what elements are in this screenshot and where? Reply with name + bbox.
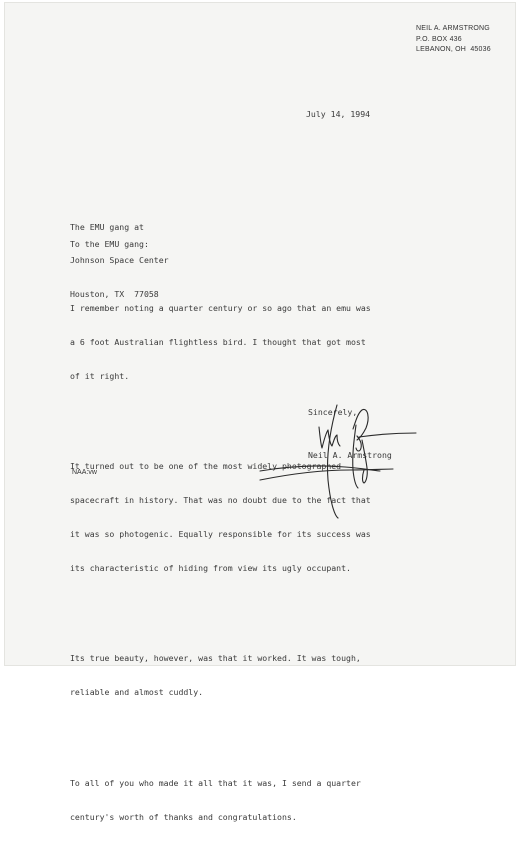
paragraph-line: of it right. <box>70 371 371 382</box>
paragraph-line: spacecraft in history. That was no doubt… <box>70 495 371 506</box>
paragraph-line: Its true beauty, however, was that it wo… <box>70 653 371 664</box>
paragraph-line: I remember noting a quarter century or s… <box>70 303 371 314</box>
paragraph-line: It turned out to be one of the most wide… <box>70 461 371 472</box>
letter-body: I remember noting a quarter century or s… <box>70 258 371 670</box>
paragraph: Its true beauty, however, was that it wo… <box>70 631 371 670</box>
paragraph-line: its characteristic of hiding from view i… <box>70 563 371 574</box>
paragraph-line: it was so photogenic. Equally responsibl… <box>70 529 371 540</box>
closing: Sincerely, <box>308 407 357 417</box>
recipient-line-1: The EMU gang at <box>70 222 169 233</box>
paragraph: I remember noting a quarter century or s… <box>70 281 371 405</box>
letterhead: NEIL A. ARMSTRONG P.O. BOX 436 LEBANON, … <box>416 24 491 56</box>
letterhead-address-line-1: P.O. BOX 436 <box>416 35 491 46</box>
salutation: To the EMU gang: <box>70 239 149 249</box>
letterhead-name: NEIL A. ARMSTRONG <box>416 24 491 35</box>
reference-initials: NAA:vw <box>72 469 97 476</box>
paragraph: It turned out to be one of the most wide… <box>70 439 371 597</box>
paragraph-line: a 6 foot Australian flightless bird. I t… <box>70 337 371 348</box>
letter-date: July 14, 1994 <box>306 109 370 119</box>
typed-signature-name: Neil A. Armstrong <box>308 450 392 460</box>
letterhead-address-line-2: LEBANON, OH 45036 <box>416 45 491 56</box>
